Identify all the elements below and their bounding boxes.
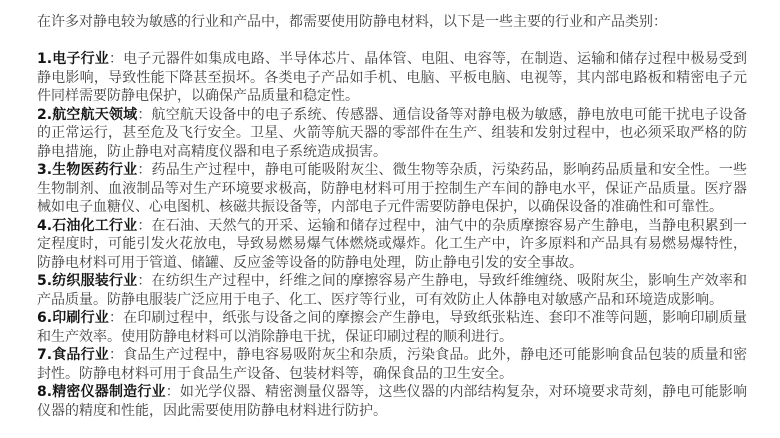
industry-section-label: 5.纺织服装行业 xyxy=(37,273,137,289)
industry-section: 8.精密仪器制造行业：如光学仪器、精密测量仪器等，这些仪器的内部结构复杂，对环境… xyxy=(37,383,747,420)
industry-section-separator: ： xyxy=(137,218,151,234)
industry-section-separator: ： xyxy=(109,347,123,363)
industry-section: 7.食品行业：食品生产过程中，静电容易吸附灰尘和杂质，污染食品。此外，静电还可能… xyxy=(37,346,747,383)
industry-section: 3.生物医药行业：药品生产过程中，静电可能吸附灰尘、微生物等杂质，污染药品，影响… xyxy=(37,161,747,217)
industry-section-label: 7.食品行业 xyxy=(37,347,109,363)
industry-section-separator: ： xyxy=(109,51,123,67)
industry-sections: 1.电子行业：电子元器件如集成电路、半导体芯片、晶体管、电阻、电容等，在制造、运… xyxy=(37,50,747,420)
industry-section-separator: ： xyxy=(137,273,151,289)
industry-section: 6.印刷行业：在印刷过程中，纸张与设备之间的摩擦会产生静电，导致纸张粘连、套印不… xyxy=(37,309,747,346)
industry-section-label: 1.电子行业 xyxy=(37,51,109,67)
industry-section: 5.纺织服装行业：在纺织生产过程中，纤维之间的摩擦容易产生静电，导致纤维缠绕、吸… xyxy=(37,272,747,309)
industry-section-label: 3.生物医药行业 xyxy=(37,162,137,178)
industry-section-label: 2.航空航天领域 xyxy=(37,107,137,123)
industry-section-label: 8.精密仪器制造行业 xyxy=(37,384,166,400)
industry-section-separator: ： xyxy=(137,107,151,123)
industry-section-label: 4.石油化工行业 xyxy=(37,218,137,234)
industry-section-separator: ： xyxy=(109,310,123,326)
industry-section: 2.航空航天领域：航空航天设备中的电子系统、传感器、通信设备等对静电极为敏感，静… xyxy=(37,106,747,162)
industry-section-body: 食品生产过程中，静电容易吸附灰尘和杂质，污染食品。此外，静电还可能影响食品包装的… xyxy=(37,347,747,382)
industry-section-label: 6.印刷行业 xyxy=(37,310,109,326)
document-page: 在许多对静电较为敏感的行业和产品中，都需要使用防静电材料，以下是一些主要的行业和… xyxy=(0,0,780,438)
industry-section-separator: ： xyxy=(137,162,151,178)
industry-section: 4.石油化工行业：在石油、天然气的开采、运输和储存过程中，油气中的杂质摩擦容易产… xyxy=(37,217,747,273)
industry-section-separator: ： xyxy=(166,384,180,400)
industry-section: 1.电子行业：电子元器件如集成电路、半导体芯片、晶体管、电阻、电容等，在制造、运… xyxy=(37,50,747,106)
intro-paragraph: 在许多对静电较为敏感的行业和产品中，都需要使用防静电材料，以下是一些主要的行业和… xyxy=(37,13,747,32)
industry-section-body: 在印刷过程中，纸张与设备之间的摩擦会产生静电，导致纸张粘连、套印不准等问题，影响… xyxy=(37,310,747,345)
industry-section-body: 电子元器件如集成电路、半导体芯片、晶体管、电阻、电容等，在制造、运输和储存过程中… xyxy=(37,51,747,104)
